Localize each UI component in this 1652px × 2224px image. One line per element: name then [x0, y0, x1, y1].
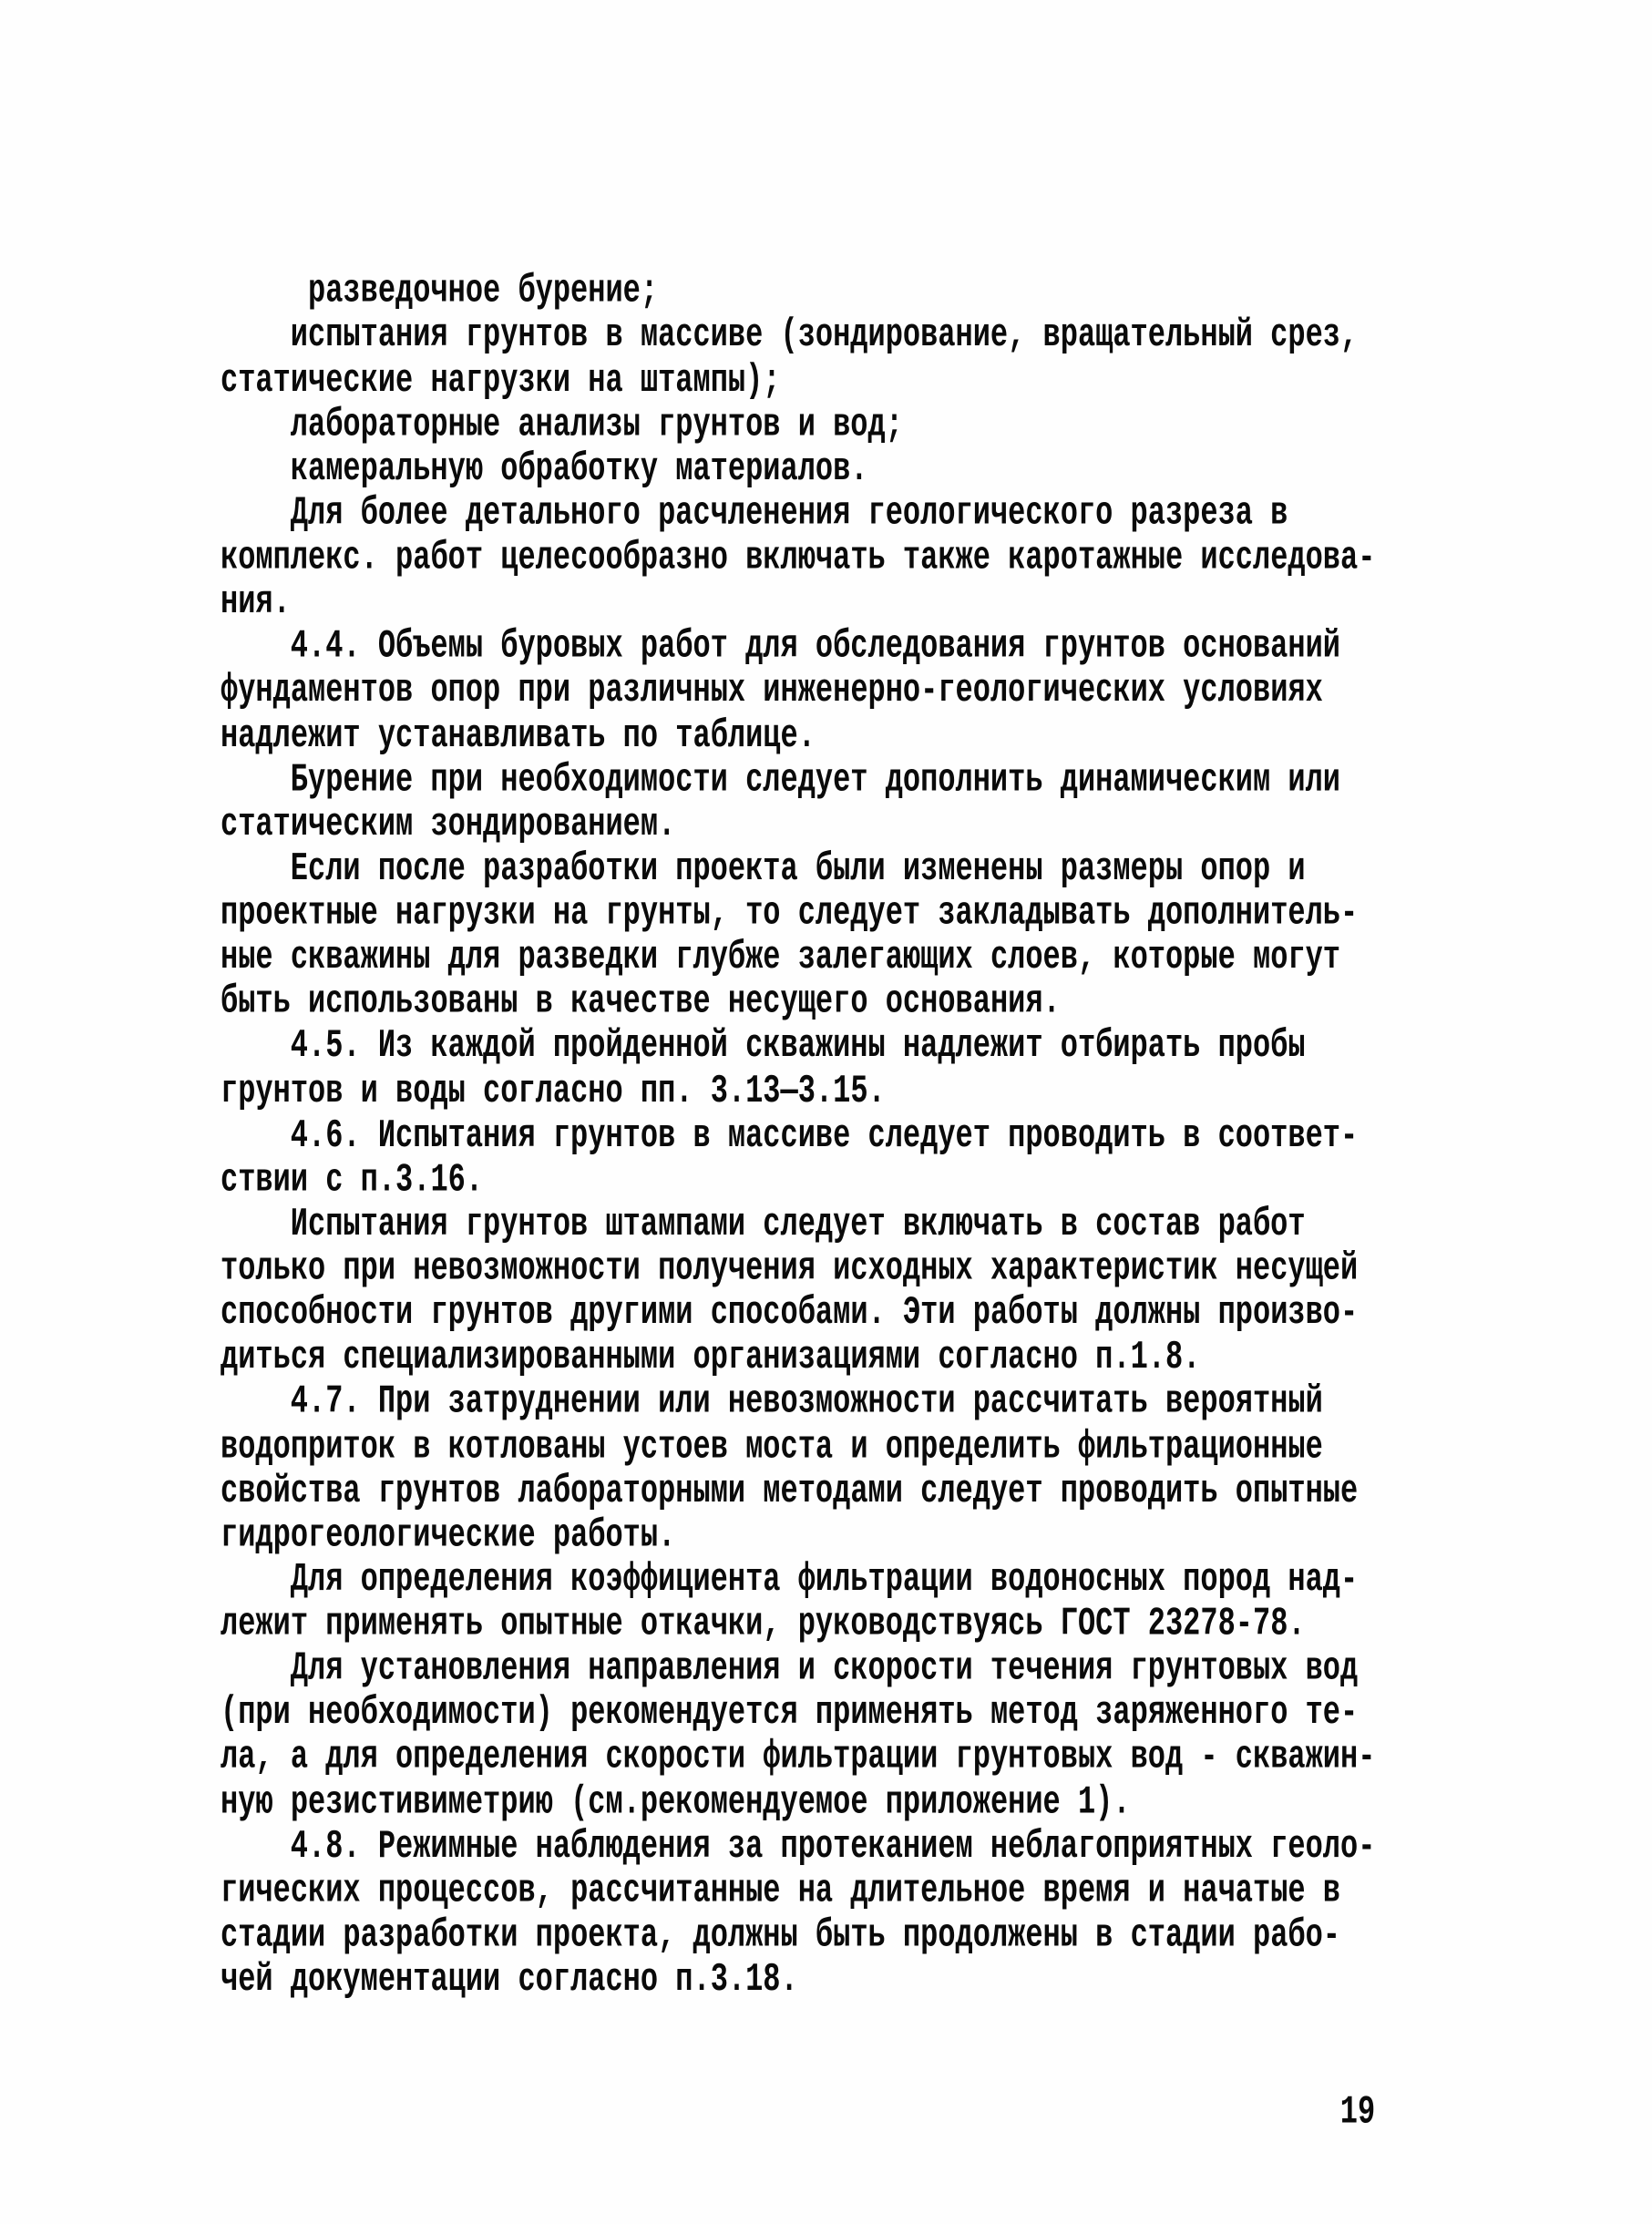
text-line: ния. — [221, 580, 1496, 625]
text-line: гических процессов, рассчитанные на длит… — [221, 1869, 1496, 1913]
text-line: водоприток в котлованы устоев моста и оп… — [221, 1425, 1496, 1470]
text-line: 4.7. При затруднении или невозможности р… — [221, 1380, 1496, 1425]
text-line: фундаментов опор при различных инженерно… — [221, 669, 1496, 713]
text-line: Для определения коэффициента фильтрации … — [221, 1558, 1496, 1603]
text-line: Для более детального расчленения геологи… — [221, 491, 1496, 536]
text-line: лабораторные анализы грунтов и вод; — [221, 403, 1496, 447]
text-line: Если после разработки проекта были измен… — [221, 847, 1496, 892]
text-line: 4.8. Режимные наблюдения за протеканием … — [221, 1824, 1496, 1869]
text-line: диться специализированными организациями… — [221, 1336, 1496, 1380]
text-line: (при необходимости) рекомендуется примен… — [221, 1691, 1496, 1736]
text-line: чей документации согласно п.3.18. — [221, 1958, 1496, 2003]
text-line: надлежит устанавливать по таблице. — [221, 713, 1496, 758]
text-line: лежит применять опытные откачки, руковод… — [221, 1603, 1496, 1647]
text-line: только при невозможности получения исход… — [221, 1246, 1496, 1291]
text-line: комплекс. работ целесообразно включать т… — [221, 536, 1496, 580]
text-line: ные скважины для разведки глубже залегаю… — [221, 936, 1496, 980]
text-lines: разведочное бурение;испытания грунтов в … — [221, 270, 1496, 2003]
text-line: проектные нагрузки на грунты, то следует… — [221, 891, 1496, 936]
text-line: испытания грунтов в массиве (зондировани… — [221, 313, 1496, 358]
text-line: Бурение при необходимости следует дополн… — [221, 758, 1496, 803]
text-line: грунтов и воды согласно пп. 3.13—3.15. — [221, 1069, 1496, 1113]
document-text: разведочное бурение;испытания грунтов в … — [221, 180, 1496, 2224]
text-line: статические нагрузки на штампы); — [221, 358, 1496, 403]
text-line: свойства грунтов лабораторными методами … — [221, 1469, 1496, 1513]
text-line: камеральную обработку материалов. — [221, 447, 1496, 492]
text-line: разведочное бурение; — [221, 270, 1496, 314]
text-line: 4.5. Из каждой пройденной скважины надле… — [221, 1025, 1496, 1070]
text-line: ную резистивиметрию (см.рекомендуемое пр… — [221, 1780, 1496, 1825]
text-line: Для установления направления и скорости … — [221, 1646, 1496, 1691]
text-line: ствии с п.3.16. — [221, 1158, 1496, 1203]
text-line: гидрогеологические работы. — [221, 1513, 1496, 1558]
text-line: статическим зондированием. — [221, 803, 1496, 847]
text-line: способности грунтов другими способами. Э… — [221, 1291, 1496, 1336]
scanned-page: разведочное бурение;испытания грунтов в … — [0, 0, 1652, 2224]
text-line: стадии разработки проекта, должны быть п… — [221, 1913, 1496, 1958]
text-line: Испытания грунтов штампами следует включ… — [221, 1203, 1496, 1247]
page-number: 19 — [221, 2091, 1496, 2136]
text-line: 4.6. Испытания грунтов в массиве следует… — [221, 1113, 1496, 1158]
text-line: быть использованы в качестве несущего ос… — [221, 980, 1496, 1025]
text-line: ла, а для определения скорости фильтраци… — [221, 1736, 1496, 1780]
text-line: 4.4. Объемы буровых работ для обследован… — [221, 625, 1496, 670]
